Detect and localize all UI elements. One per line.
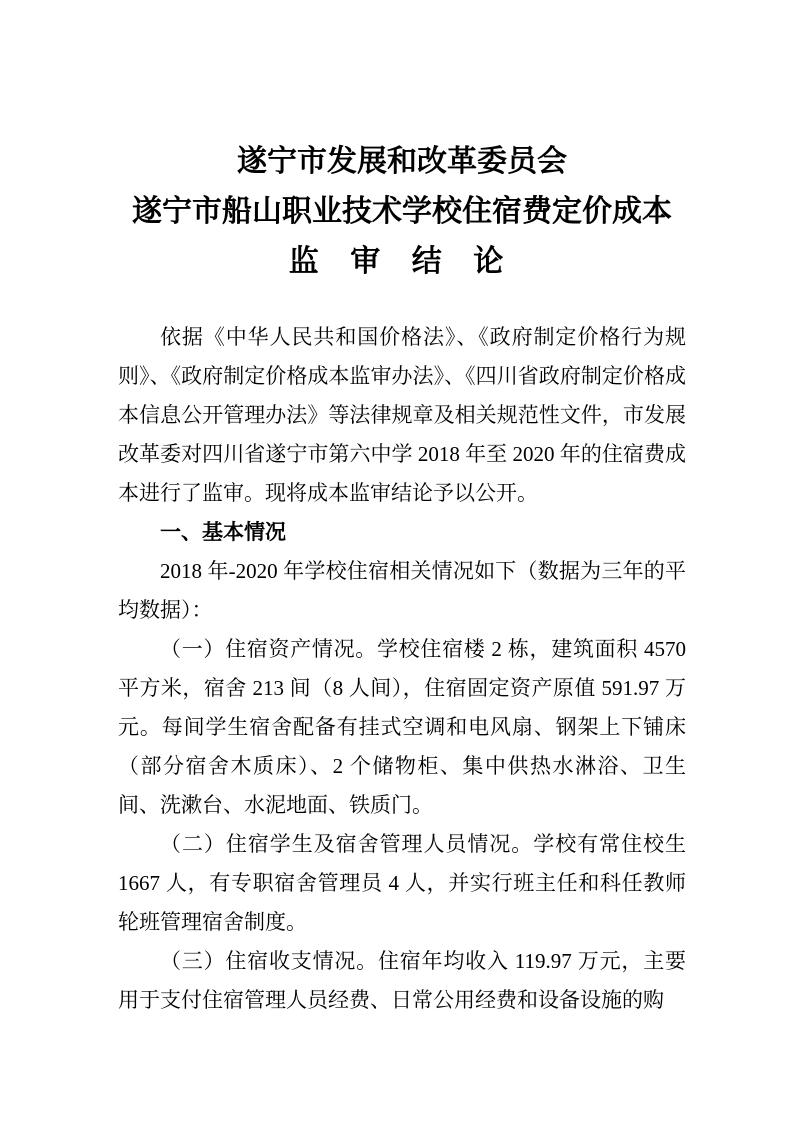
paragraph-assets: （一）住宿资产情况。学校住宿楼 2 栋，建筑面积 4570 平方米，宿舍 213…: [118, 630, 686, 825]
title-line-1: 遂宁市发展和改革委员会: [118, 137, 686, 187]
paragraph-revenue-expense: （三）住宿收支情况。住宿年均收入 119.97 万元，主要用于支付住宿管理人员经…: [118, 942, 686, 1020]
section-heading-basic-situation: 一、基本情况: [118, 513, 686, 552]
paragraph-legal-basis: 依据《中华人民共和国价格法》、《政府制定价格行为规则》、《政府制定价格成本监审办…: [118, 318, 686, 513]
title-line-3: 监 审 结 论: [118, 237, 686, 287]
document-title: 遂宁市发展和改革委员会 遂宁市船山职业技术学校住宿费定价成本 监 审 结 论: [118, 137, 686, 287]
document-page: 遂宁市发展和改革委员会 遂宁市船山职业技术学校住宿费定价成本 监 审 结 论 依…: [0, 0, 793, 1122]
paragraph-data-scope: 2018 年-2020 年学校住宿相关情况如下（数据为三年的平均数据）：: [118, 552, 686, 630]
paragraph-students-staff: （二）住宿学生及宿舍管理人员情况。学校有常住校生 1667 人，有专职宿舍管理员…: [118, 825, 686, 942]
title-line-2: 遂宁市船山职业技术学校住宿费定价成本: [118, 187, 686, 237]
document-body: 依据《中华人民共和国价格法》、《政府制定价格行为规则》、《政府制定价格成本监审办…: [118, 318, 686, 1020]
